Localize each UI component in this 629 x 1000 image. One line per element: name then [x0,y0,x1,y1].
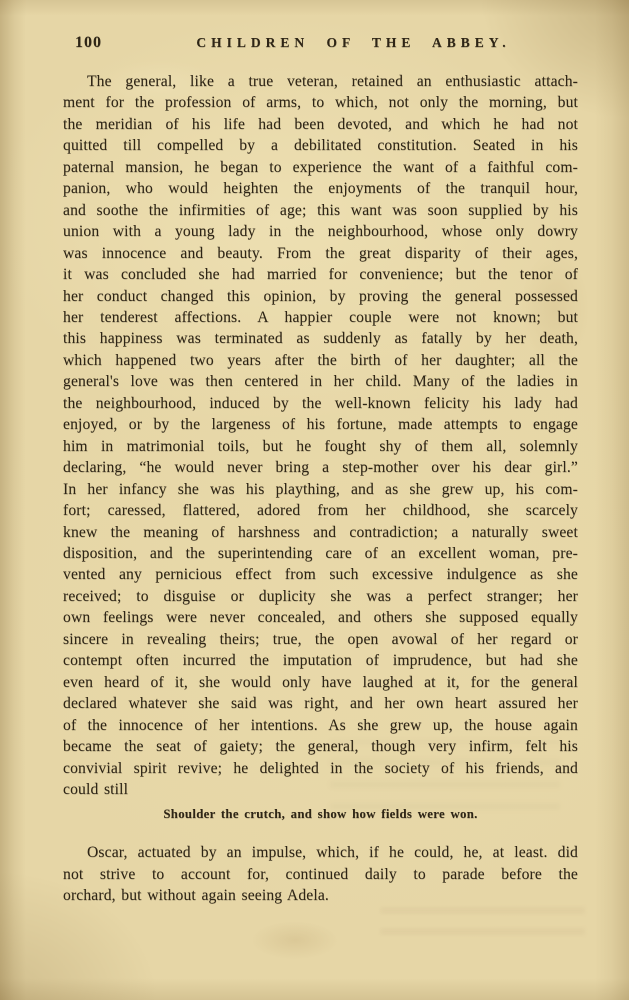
text-line: ment for the profession of arms, to whic… [63,92,578,113]
text-line: convivial spirit revive; he delighted in… [63,758,578,779]
text-line: and soothe the infirmities of age; this … [63,200,578,221]
text-line: The general, like a true veteran, retain… [63,71,578,92]
text-line: fort; caressed, flattered, adored from h… [63,500,578,521]
page-edge-shadow-right [595,0,629,1000]
text-line: disposition, and the superintending care… [63,543,578,564]
text-line: declared whatever she said was right, an… [63,693,578,714]
text-line: orchard, but without again seeing Adela. [63,885,578,906]
text-line: was innocence and beauty. From the great… [63,243,578,264]
text-line: became the seat of gaiety; the general, … [63,736,578,757]
paragraph: The general, like a true veteran, retain… [63,71,578,800]
text-line: general's love was then centered in her … [63,371,578,392]
paragraph: Oscar, actuated by an impulse, which, if… [63,842,578,906]
text-line: sincere in revealing theirs; true, the o… [63,629,578,650]
running-head-title: CHILDREN OF THE ABBEY. [196,35,510,51]
text-line: the meridian of his life had been devote… [63,114,578,135]
text-line: declaring, “he would never bring a step-… [63,457,578,478]
page-edge-shadow-top [0,0,629,16]
text-line: panion, who would heighten the enjoyment… [63,178,578,199]
text-line: her conduct changed this opinion, by pro… [63,286,578,307]
book-page-scan: 100 CHILDREN OF THE ABBEY. The general, … [0,0,629,1000]
page-edge-shadow-bottom [0,978,629,1000]
page-header: 100 CHILDREN OF THE ABBEY. [64,34,599,56]
text-line: this happiness was terminated as suddenl… [63,328,578,349]
text-line: In her infancy she was his plaything, an… [63,479,578,500]
text-line: the neighbourhood, induced by the well-k… [63,393,578,414]
text-line: enjoyed, or by the largeness of his fort… [63,414,578,435]
text-line: it was concluded she had married for con… [63,264,578,285]
text-line: knew the meaning of harshness and contra… [63,522,578,543]
page-gutter-shadow [0,0,26,1000]
text-line: own feelings were never concealed, and o… [63,607,578,628]
text-line: which happened two years after the birth… [63,350,578,371]
text-line: of the innocence of her intentions. As s… [63,715,578,736]
page-number: 100 [75,34,102,52]
text-line: him in matrimonial toils, but he fought … [63,436,578,457]
text-line: union with a young lady in the neighbour… [63,221,578,242]
text-line: quitted till compelled by a debilitated … [63,135,578,156]
text-line: received; to disguise or duplicity she w… [63,586,578,607]
text-line: vented any pernicious effect from such e… [63,564,578,585]
text-line: contempt often incurred the imputation o… [63,650,578,671]
page-body-text: The general, like a true veteran, retain… [63,71,578,907]
text-line: her tenderest affections. A happier coup… [63,307,578,328]
paper-stain [250,920,340,960]
text-line: Oscar, actuated by an impulse, which, if… [63,842,578,863]
text-line: not strive to account for, continued dai… [63,864,578,885]
text-line: even heard of it, she would only have la… [63,672,578,693]
text-line: could still [63,779,578,800]
text-line: paternal mansion, he began to experience… [63,157,578,178]
verse-quotation: Shoulder the crutch, and show how fields… [63,807,578,827]
